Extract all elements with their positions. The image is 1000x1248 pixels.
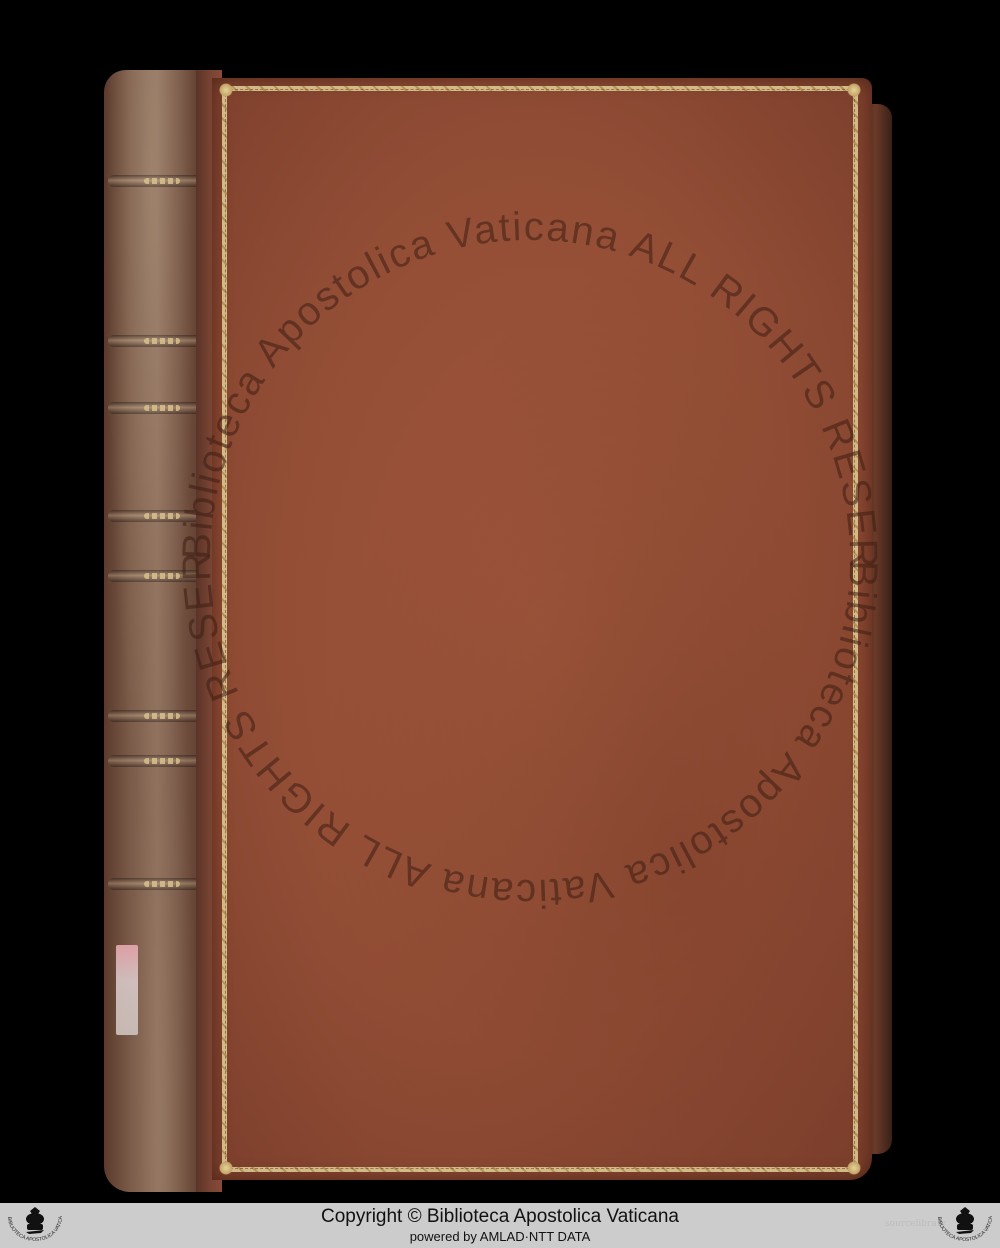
gilt-border-inner [225, 89, 855, 1169]
corner-ornament [219, 1161, 233, 1175]
front-board [212, 78, 872, 1180]
shelfmark-label [116, 945, 138, 1035]
image-viewer[interactable]: Biblioteca Apostolica Vaticana ALL RIGHT… [0, 0, 1000, 1203]
footer: BIBLIOTECA APOSTOLICA VATICANA Copyright… [0, 1203, 1000, 1248]
powered-by-text: powered by AMLAD·NTT DATA [0, 1229, 1000, 1245]
corner-ornament [847, 83, 861, 97]
corner-ornament [219, 83, 233, 97]
corner-ornament [847, 1161, 861, 1175]
vatican-library-logo-icon: BIBLIOTECA APOSTOLICA VATICANA [932, 1205, 998, 1245]
book-cover-image [104, 64, 894, 1196]
copyright-text: Copyright © Biblioteca Apostolica Vatica… [0, 1206, 1000, 1228]
